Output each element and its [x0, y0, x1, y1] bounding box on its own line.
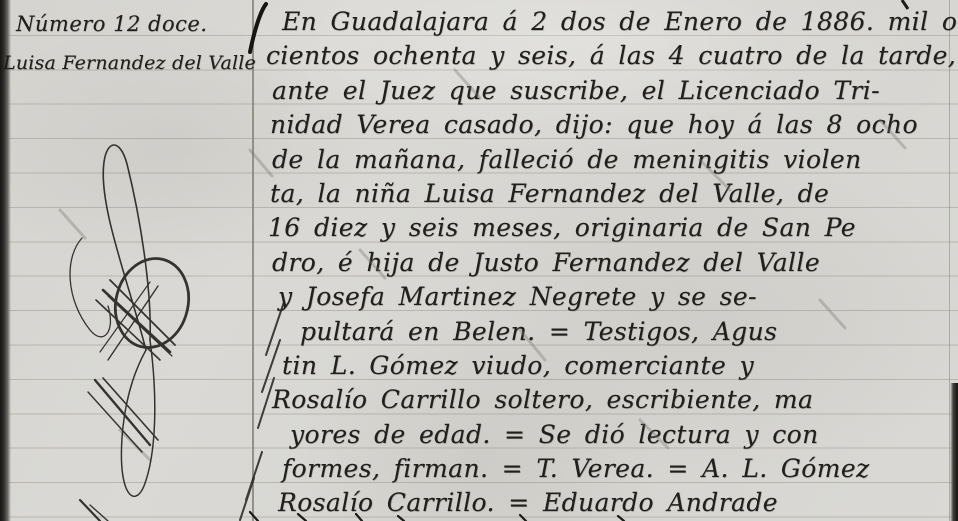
record-line: cientos ochenta y seis, á las 4 cuatro d…	[266, 39, 956, 73]
page-left-edge	[0, 0, 11, 521]
record-line: y Josefa Martinez Negrete y se se-	[278, 280, 956, 314]
record-line: dro, é hija de Justo Fernandez del Valle	[272, 246, 956, 280]
record-line: tin L. Gómez viudo, comerciante y	[282, 349, 956, 383]
registry-page: Número 12 doce. Luisa Fernandez del Vall…	[0, 0, 958, 521]
margin-rule-line	[252, 0, 254, 521]
record-line: En Guadalajara á 2 dos de Enero de 1886.…	[282, 5, 956, 39]
rubric-flourish-icon	[70, 145, 198, 521]
record-body-text: En Guadalajara á 2 dos de Enero de 1886.…	[266, 5, 956, 521]
record-line: nidad Verea casado, dijo: que hoy á las …	[270, 108, 956, 142]
record-line: 16 diez y seis meses, originaria de San …	[268, 211, 956, 245]
margin-record-number: Número 12 doce.	[16, 12, 207, 36]
record-line: formes, firman. = T. Verea. = A. L. Góme…	[282, 452, 956, 486]
record-line: ante el Juez que suscribe, el Licenciado…	[272, 74, 956, 108]
record-line: ta, la niña Luisa Fernandez del Valle, d…	[270, 177, 956, 211]
record-line: pultará en Belen. = Testigos, Agus	[300, 315, 956, 349]
record-line: Rosalío Carrillo soltero, escribiente, m…	[272, 383, 956, 417]
record-line: Rosalío Carrillo. = Eduardo Andrade	[278, 486, 956, 520]
record-line: yores de edad. = Se dió lectura y con	[290, 418, 956, 452]
record-line: de la mañana, falleció de meningitis vio…	[272, 143, 956, 177]
margin-decedent-name: Luisa Fernandez del Valle	[3, 52, 256, 74]
